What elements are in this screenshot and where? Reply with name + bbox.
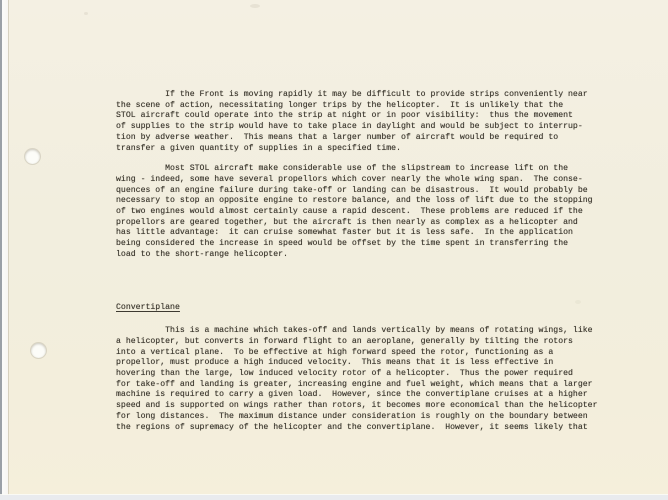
- punch-hole-top: [25, 149, 40, 164]
- paper-left-crease: [8, 0, 9, 500]
- paper-speck: [84, 12, 88, 15]
- paragraph-stol-slipstream: Most STOL aircraft make considerable use…: [116, 164, 616, 260]
- paper-speck: [250, 4, 260, 8]
- typewritten-text-block: If the Front is moving rapidly it may be…: [116, 90, 616, 433]
- paragraph-convertiplane-description: This is a machine which takes-off and la…: [116, 326, 616, 433]
- paragraph-front-moving-rapidly: If the Front is moving rapidly it may be…: [116, 90, 616, 154]
- scan-bottom-edge: [0, 495, 668, 500]
- scanned-document-page: If the Front is moving rapidly it may be…: [0, 0, 668, 500]
- section-heading-convertiplane: Convertiplane: [116, 303, 616, 314]
- punch-hole-bottom: [31, 343, 46, 358]
